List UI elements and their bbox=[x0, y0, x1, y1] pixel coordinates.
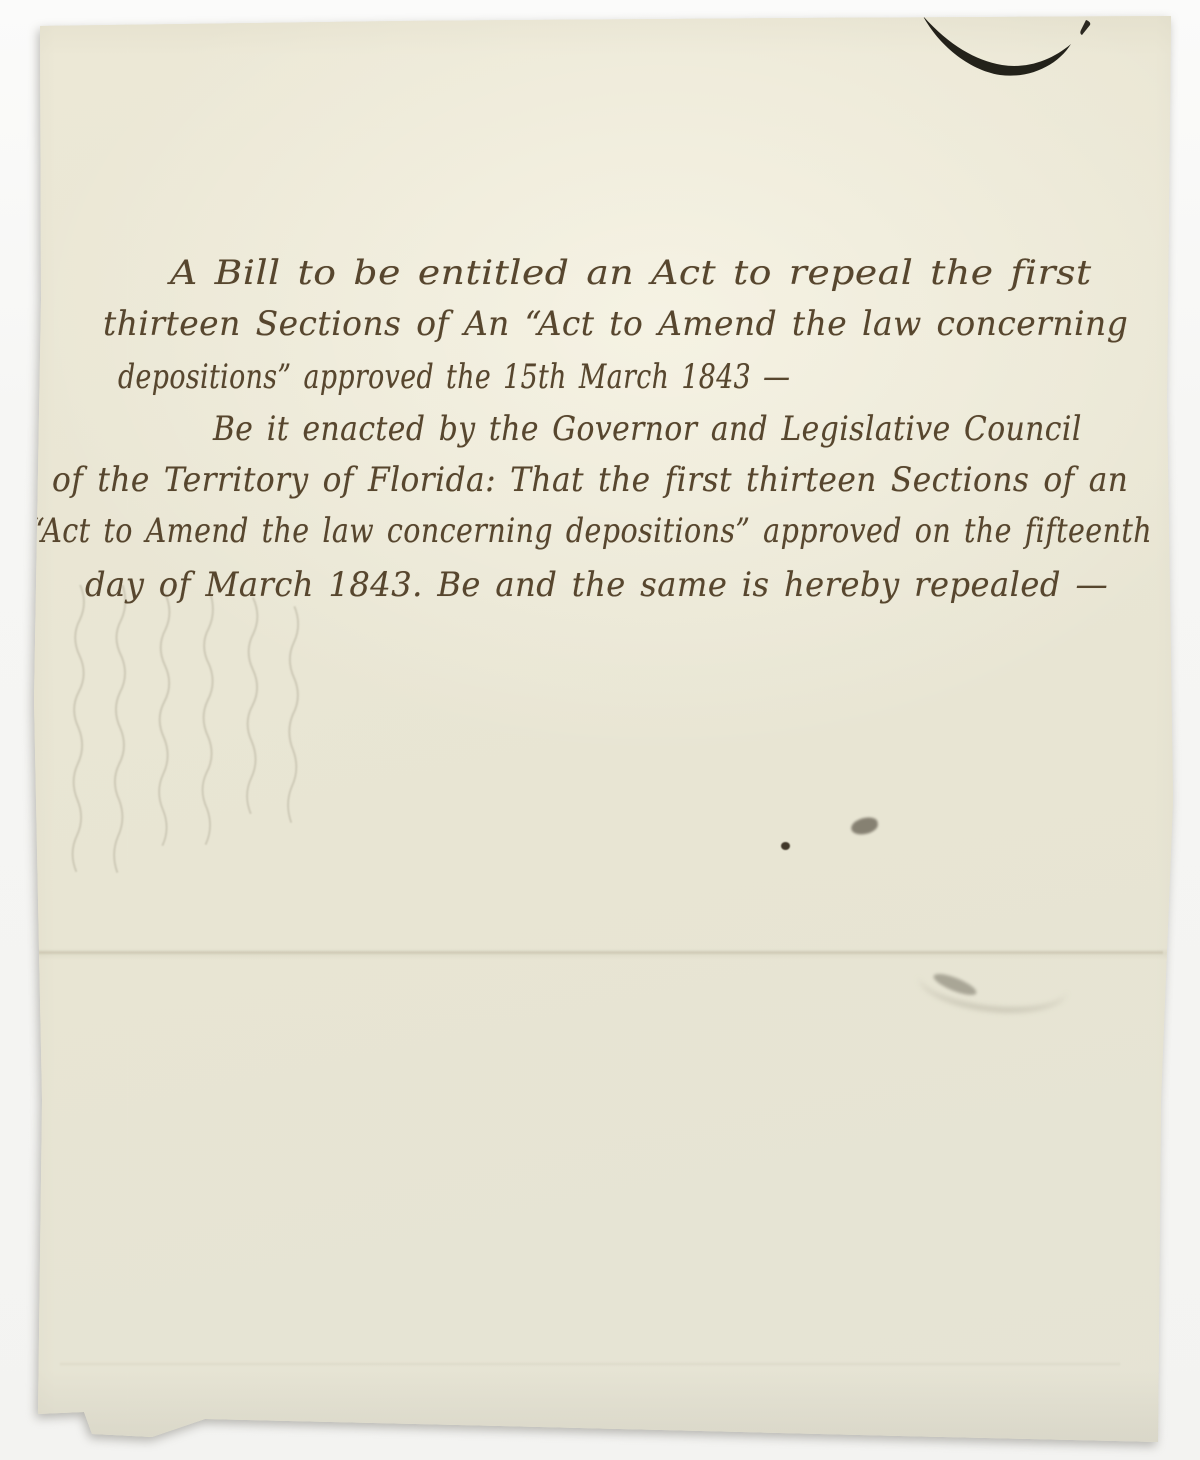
ink-dot bbox=[781, 842, 790, 850]
handwritten-line-7: day of March 1843. Be and the same is he… bbox=[85, 562, 1108, 608]
document-page: A Bill to be entitled an Act to repeal t… bbox=[0, 0, 1200, 1460]
scanned-document: A Bill to be entitled an Act to repeal t… bbox=[0, 0, 1200, 1460]
ink-blot bbox=[850, 816, 879, 836]
paper-shadow-wrap: A Bill to be entitled an Act to repeal t… bbox=[0, 0, 1200, 1460]
handwritten-line-3: depositions” approved the 15th March 184… bbox=[118, 354, 790, 400]
ink-flourish-icon bbox=[900, 8, 1110, 88]
handwritten-line-6: “Act to Amend the law concerning deposit… bbox=[30, 508, 1152, 554]
handwritten-line-5: of the Territory of Florida: That the fi… bbox=[52, 457, 1128, 503]
handwritten-line-1: A Bill to be entitled an Act to repeal t… bbox=[170, 250, 1092, 296]
fold-crease-lower bbox=[60, 1362, 1120, 1366]
handwritten-line-2: thirteen Sections of An “Act to Amend th… bbox=[103, 301, 1128, 347]
ink-bleedthrough bbox=[48, 585, 318, 975]
handwritten-line-4: Be it enacted by the Governor and Legisl… bbox=[213, 406, 1082, 452]
